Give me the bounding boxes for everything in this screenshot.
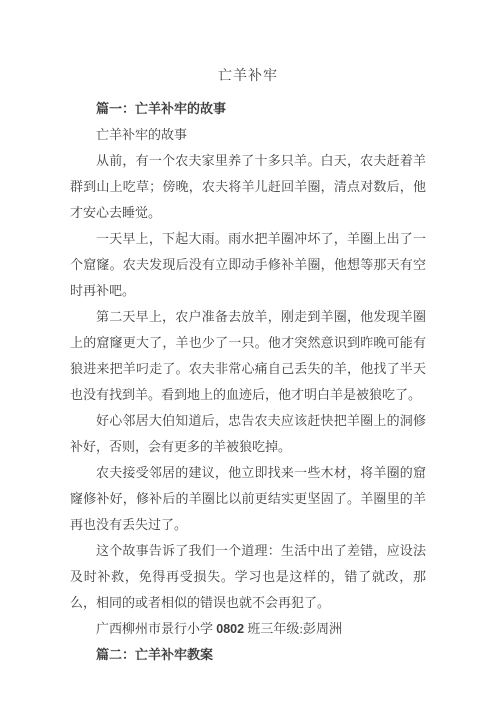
story-paragraph: 一天早上，下起大雨。雨水把羊圈冲坏了，羊圈上出了一个窟窿。农夫发现后没有立即动手… [70,226,426,304]
author-byline: 广西柳州市景行小学 0802 班三年级:彭周洲 [70,616,426,642]
section-one-heading: 篇一：亡羊补牢的故事 [70,96,426,122]
story-paragraph: 农夫接受邻居的建议，他立即找来一些木材，将羊圈的窟窿修补好，修补后的羊圈比以前更… [70,460,426,538]
story-paragraph: 好心邻居大伯知道后，忠告农夫应该赶快把羊圈上的洞修补好，否则，会有更多的羊被狼吃… [70,408,426,460]
story-paragraph: 从前，有一个农夫家里养了十多只羊。白天，农夫赶着羊群到山上吃草；傍晚，农夫将羊儿… [70,148,426,226]
byline-class-number: 0802 [216,622,244,636]
byline-school: 广西柳州市景行小学 [96,621,216,636]
section-two-heading: 篇二：亡羊补牢教案 [70,642,426,668]
document-page: 亡羊补牢 篇一：亡羊补牢的故事 亡羊补牢的故事 从前，有一个农夫家里养了十多只羊… [0,0,496,702]
story-subheading: 亡羊补牢的故事 [70,122,426,148]
story-paragraph: 这个故事告诉了我们一个道理：生活中出了差错，应设法及时补救，免得再受损失。学习也… [70,538,426,616]
document-title: 亡羊补牢 [70,64,426,90]
byline-grade-author: 班三年级:彭周洲 [244,621,342,636]
story-paragraph: 第二天早上，农户准备去放羊，刚走到羊圈，他发现羊圈上的窟窿更大了，羊也少了一只。… [70,304,426,408]
